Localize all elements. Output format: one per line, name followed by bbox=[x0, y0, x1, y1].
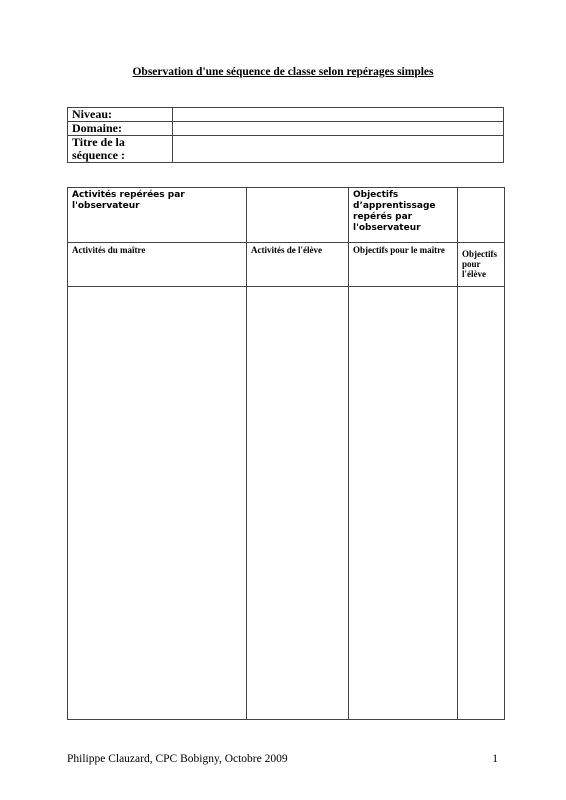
group-header-empty-1 bbox=[247, 188, 349, 243]
info-value-domaine[interactable] bbox=[173, 122, 504, 136]
body-cell-objectifs-eleve[interactable] bbox=[458, 287, 505, 720]
document-title: Observation d'une séquence de classe sel… bbox=[0, 66, 566, 78]
info-value-niveau[interactable] bbox=[173, 108, 504, 122]
column-header-row: Activités du maître Activités de l'élève… bbox=[68, 243, 505, 287]
group-header-objectifs: Objectifs d’apprentissage repérés par l'… bbox=[349, 188, 458, 243]
info-label-domaine: Domaine: bbox=[68, 122, 173, 136]
group-header-activites: Activités repérées par l'observateur bbox=[68, 188, 247, 243]
column-header-activites-maitre: Activités du maître bbox=[68, 243, 247, 287]
info-value-titre[interactable] bbox=[173, 136, 504, 163]
table-row bbox=[68, 287, 505, 720]
info-table: Niveau: Domaine: Titre de la séquence : bbox=[67, 107, 504, 163]
footer-author: Philippe Clauzard, CPC Bobigny, Octobre … bbox=[67, 753, 288, 765]
page-number: 1 bbox=[492, 753, 498, 765]
body-cell-objectifs-maitre[interactable] bbox=[349, 287, 458, 720]
body-cell-activites-eleve[interactable] bbox=[247, 287, 349, 720]
info-row-titre: Titre de la séquence : bbox=[68, 136, 504, 163]
info-row-domaine: Domaine: bbox=[68, 122, 504, 136]
observation-table: Activités repérées par l'observateur Obj… bbox=[67, 187, 505, 720]
info-row-niveau: Niveau: bbox=[68, 108, 504, 122]
group-header-empty-2 bbox=[458, 188, 505, 243]
column-header-objectifs-eleve: Objectifs pour l'élève bbox=[458, 243, 505, 287]
column-header-activites-eleve: Activités de l'élève bbox=[247, 243, 349, 287]
info-label-titre: Titre de la séquence : bbox=[68, 136, 173, 163]
info-label-niveau: Niveau: bbox=[68, 108, 173, 122]
body-cell-activites-maitre[interactable] bbox=[68, 287, 247, 720]
column-header-objectifs-maitre: Objectifs pour le maître bbox=[349, 243, 458, 287]
page-footer: Philippe Clauzard, CPC Bobigny, Octobre … bbox=[67, 753, 504, 765]
group-header-row: Activités repérées par l'observateur Obj… bbox=[68, 188, 505, 243]
